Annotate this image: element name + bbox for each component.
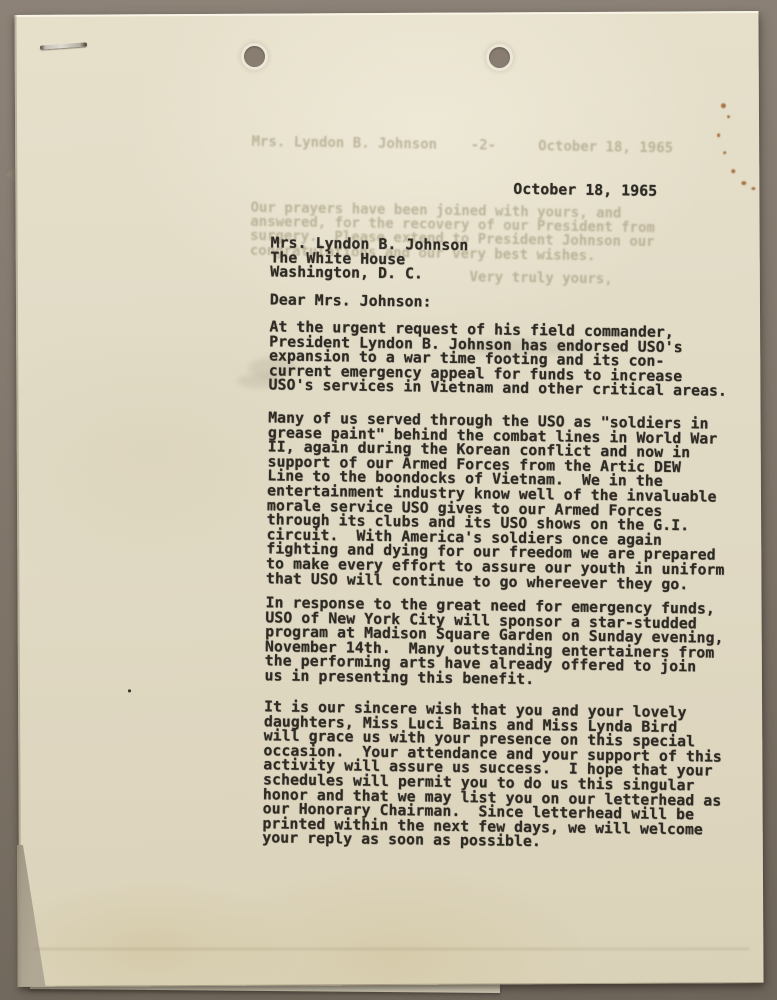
typed-text-layer: October 18, 1965 Mrs. Lyndon B. Johnson … — [0, 0, 777, 1000]
salutation: Dear Mrs. Johnson: — [270, 293, 432, 310]
scanned-letter-photo: Mrs. Lyndon B. Johnson -2- October 18, 1… — [0, 0, 777, 1000]
body-paragraph-4: It is our sincere wish that you and your… — [262, 700, 722, 852]
body-paragraph-1: At the urgent request of his field comma… — [268, 320, 727, 399]
body-paragraph-2: Many of us served through the USO as "so… — [266, 411, 727, 593]
letter-date: October 18, 1965 — [513, 183, 657, 200]
body-paragraph-3: In response to the great need for emerge… — [264, 596, 724, 690]
recipient-address-block: Mrs. Lyndon B. Johnson The White House W… — [270, 236, 468, 283]
